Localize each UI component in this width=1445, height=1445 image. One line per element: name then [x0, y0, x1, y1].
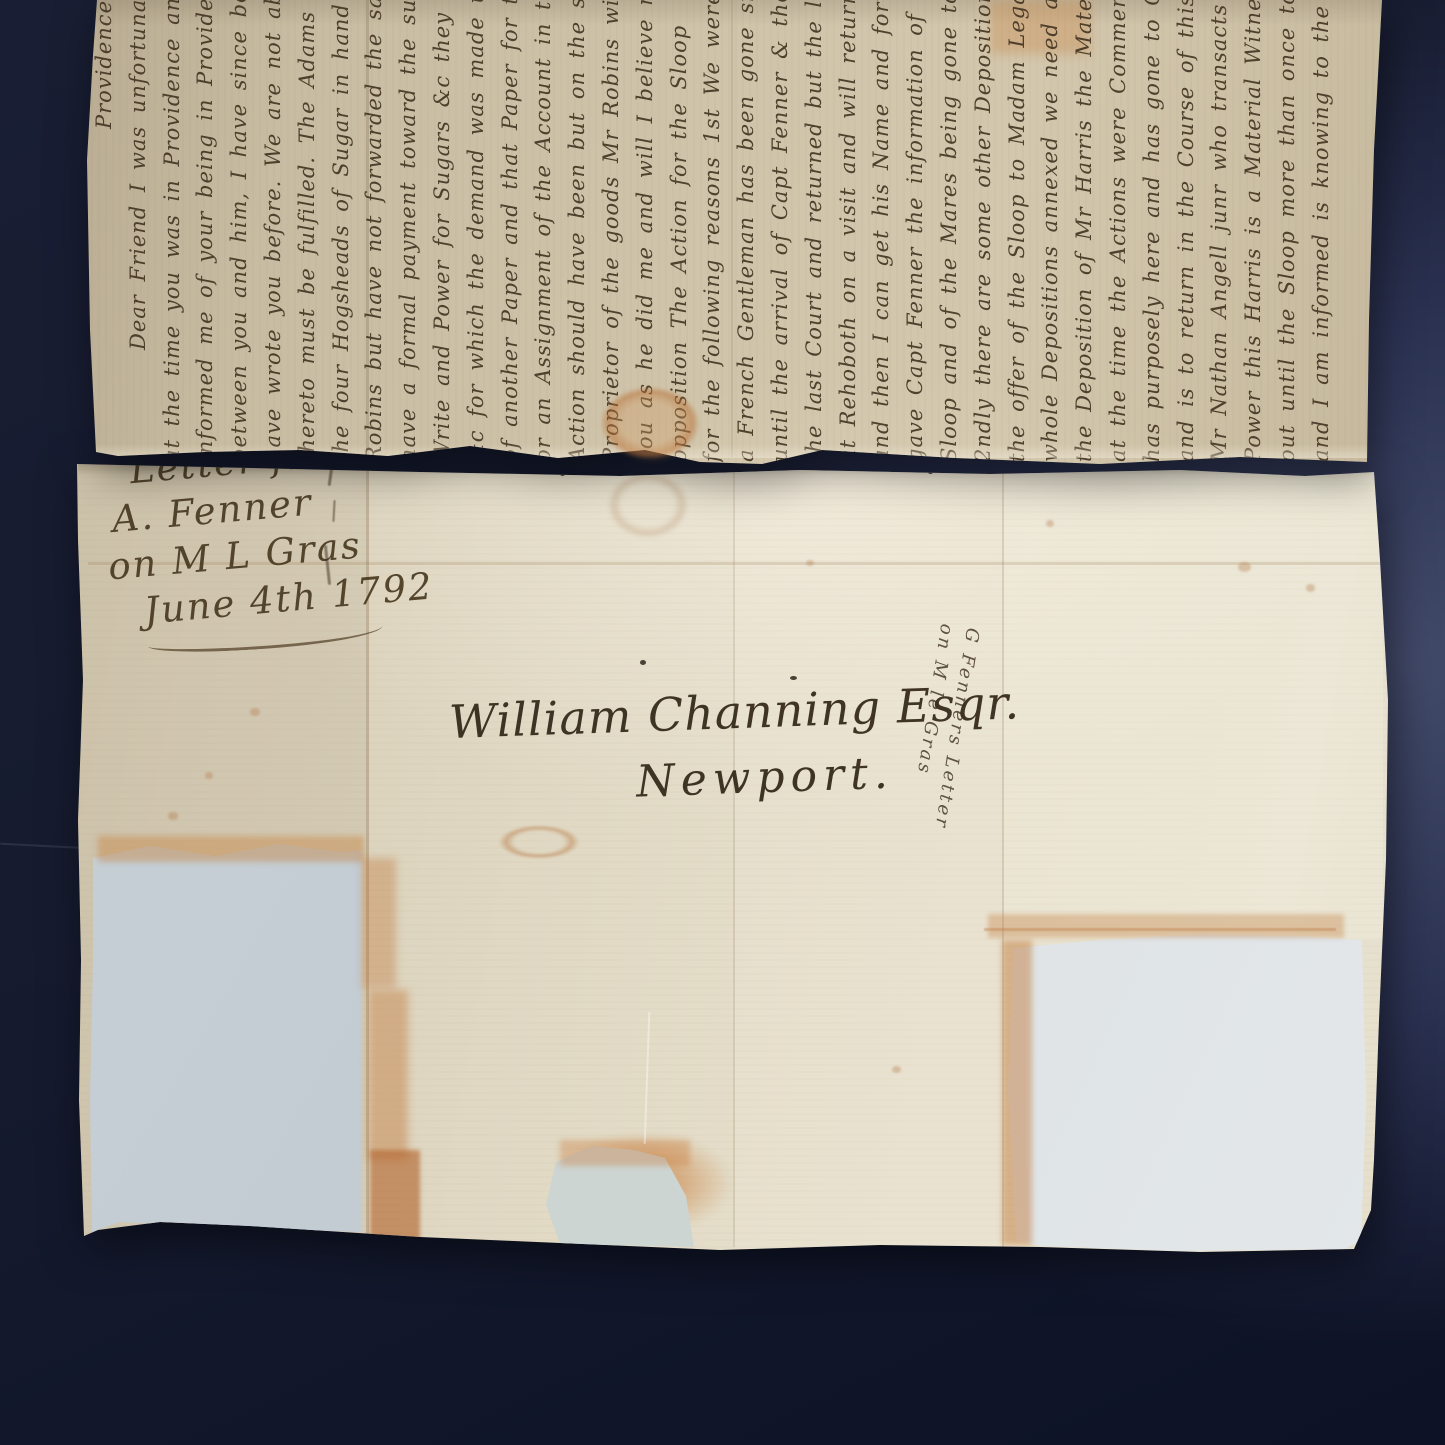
wax-seal-stain-core	[612, 396, 692, 458]
letter-text-line: out until the Sloop more than once to be	[1271, 0, 1305, 462]
letter-text-line: the last Court and returned but the last	[798, 0, 832, 462]
letter-text-line: the four Hogsheads of Sugar in hand	[325, 0, 359, 462]
letter-text-line: gave Capt Fenner the information of the	[899, 0, 933, 462]
letter-text-line: at the time you was in Providence and	[156, 0, 190, 462]
letter-text-line: and then I can get his Name and forward	[865, 0, 899, 462]
letter-text-line: have a formal payment toward the sum	[392, 0, 426, 462]
letter-text-line: Dear Friend I was unfortunately	[122, 0, 156, 462]
letter-text-paper: Providence Dear Friend I was unfortunate…	[0, 0, 1445, 1445]
letter-text-line: between you and him, I have since been	[223, 0, 257, 462]
letter-text-line: of another Paper and that Paper for the	[494, 0, 528, 462]
letter-text-line: at Rehoboth on a visit and will return	[832, 0, 866, 462]
paper-edge-highlight	[90, 444, 1372, 458]
letter-text-line: Providence	[88, 0, 122, 462]
letter-text-line: thereto must be fulfilled. The Adams	[291, 0, 325, 462]
letter-text-line: Robins but have not forwarded the same	[358, 0, 392, 462]
letter-text-line: the Deposition of Mr Harris the Mate	[1068, 0, 1102, 462]
letter-text-sheet-wrap: Providence Dear Friend I was unfortunate…	[0, 0, 1445, 1445]
letter-text-line: and I am informed is knowing to the	[1305, 0, 1338, 462]
letter-text-line: until the arrival of Capt Fenner & the	[764, 0, 798, 462]
letter-text-line: Power this Harris is a Material Witness	[1237, 0, 1271, 462]
letter-text-line: a French Gentleman has been gone since	[730, 0, 764, 462]
letter-text-line: and is to return in the Course of this	[1170, 0, 1204, 462]
letter-text-line: 2ndly there are some other Depositions	[967, 0, 1001, 462]
letter-text-line: has purposely here and has gone to Off	[1136, 0, 1170, 462]
letter-text-line: at the time the Actions were Commenced	[1102, 0, 1136, 462]
letter-text-line: for the following reasons 1st We were	[696, 0, 730, 462]
letter-text-line: Mr Nathan Angell junr who transacts the	[1203, 0, 1237, 462]
letter-text-line: informed me of your being in Providence	[189, 0, 223, 462]
letter-text-line: whole Depositions annexed we need a C	[1034, 0, 1068, 462]
letter-text-line: the offer of the Sloop to Madam Legare	[1001, 0, 1035, 462]
letter-body-text: Providence Dear Friend I was unfortunate…	[88, 0, 1338, 462]
letter-text-line: or an Assignment of the Account in the	[527, 0, 561, 462]
letter-text-line: have wrote you before. We are not able	[257, 0, 291, 462]
letter-text-line: &c for which the demand was made upon	[460, 0, 494, 462]
letter-text-line: Action should have been but on the same	[561, 0, 595, 462]
letter-text-line: Sloop and of the Mares being gone to the	[933, 0, 967, 462]
letter-photo: Letter fromA. Fenneron M L GrasJune 4th …	[0, 0, 1445, 1445]
letter-text-line: Write and Power for Sugars &c they were	[426, 0, 460, 462]
